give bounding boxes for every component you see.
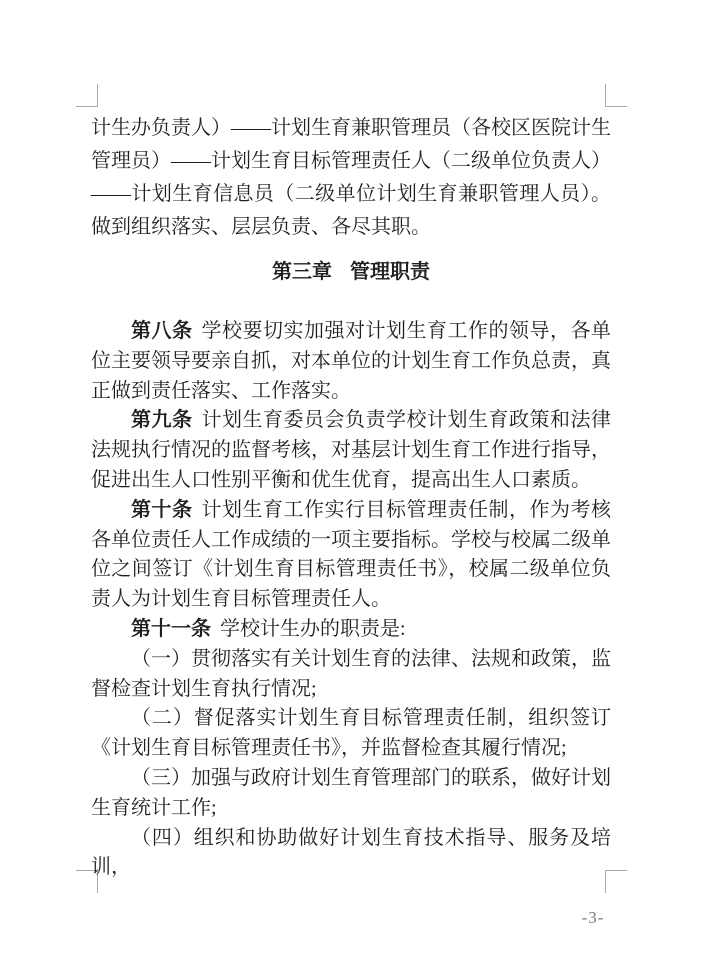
article-8: 第八条学校要切实加强对计划生育工作的领导，各单位主要领导要亲自抓，对本单位的计划… <box>91 317 611 406</box>
article-8-number: 第八条 <box>131 320 193 342</box>
text-body: 计生办负责人）——计划生育兼职管理员（各校区医院计生管理员）——计划生育目标管理… <box>91 0 611 883</box>
article-10: 第十条计划生育工作实行目标管理责任制，作为考核各单位责任人工作成绩的一项主要指标… <box>91 496 611 615</box>
article-11: 第十一条学校计生办的职责是: <box>91 615 611 645</box>
document-page: 计生办负责人）——计划生育兼职管理员（各校区医院计生管理员）——计划生育目标管理… <box>0 0 702 963</box>
duty-item-3: （三）加强与政府计划生育管理部门的联系，做好计划生育统计工作; <box>91 764 611 824</box>
chapter-title: 管理职责 <box>350 261 430 283</box>
continuation-paragraph: 计生办负责人）——计划生育兼职管理员（各校区医院计生管理员）——计划生育目标管理… <box>91 112 611 244</box>
page-number: -3- <box>566 908 620 928</box>
duty-item-2: （二）督促落实计划生育目标管理责任制，组织签订《计划生育目标管理责任书》，并监督… <box>91 704 611 764</box>
article-11-text: 学校计生办的职责是: <box>220 618 406 640</box>
article-9-number: 第九条 <box>131 409 193 431</box>
chapter-heading: 第三章管理职责 <box>91 257 611 287</box>
article-10-number: 第十条 <box>131 499 193 521</box>
duty-item-1: （一）贯彻落实有关计划生育的法律、法规和政策，监督检查计划生育执行情况; <box>91 645 611 705</box>
article-11-number: 第十一条 <box>131 618 211 640</box>
article-9: 第九条计划生育委员会负责学校计划生育政策和法律法规执行情况的监督考核，对基层计划… <box>91 406 611 495</box>
chapter-number: 第三章 <box>272 261 332 283</box>
duty-item-4: （四）组织和协助做好计划生育技术指导、服务及培训， <box>91 824 611 884</box>
